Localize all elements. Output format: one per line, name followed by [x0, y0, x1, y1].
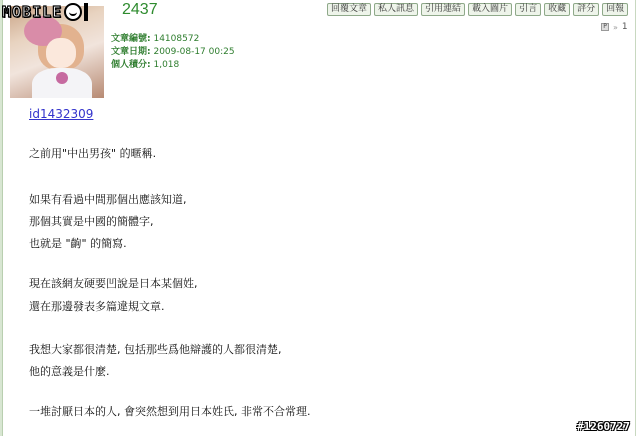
user-points: 1,018 [153, 60, 179, 70]
article-number-row: 文章編號: 14108572 [111, 33, 235, 46]
article-number: 14108572 [153, 34, 199, 44]
quote-button[interactable]: 引言 [515, 3, 541, 16]
article-date: 2009-08-17 00:25 [153, 47, 234, 57]
load-images-button[interactable]: 載入圖片 [468, 3, 512, 16]
post-floor-number[interactable]: 1 [622, 22, 628, 32]
private-message-button[interactable]: 私人訊息 [374, 3, 418, 16]
right-frame-border [635, 0, 640, 436]
reply-button[interactable]: 回覆文章 [327, 3, 371, 16]
body-line: 還在那邊發表多篇違規文章. [29, 296, 165, 318]
rate-button[interactable]: 評分 [573, 3, 599, 16]
body-line: 一堆討厭日本的人, 會突然想到用日本姓氏, 非常不合常理. [29, 401, 310, 423]
left-frame-border [0, 0, 3, 436]
post-meta: 文章編號: 14108572 文章日期: 2009-08-17 00:25 個人… [111, 33, 235, 72]
author-link[interactable]: id1432309 [29, 107, 93, 125]
post-title-fragment: 2437 [122, 1, 158, 19]
post-toolbar: 回覆文章 私人訊息 引用連結 載入圖片 引言 收藏 評分 回報 [327, 3, 628, 16]
logo-bar-icon [84, 3, 88, 21]
chevron-right-icon: » [613, 23, 618, 32]
body-line: 如果有看過中間那個出應該知道, [29, 189, 187, 211]
image-watermark: #1260727 [577, 420, 630, 433]
bookmark-button[interactable]: 收藏 [544, 3, 570, 16]
logo-face-icon [64, 3, 82, 21]
post-pager: P » 1 [601, 22, 628, 32]
report-button[interactable]: 回報 [602, 3, 628, 16]
body-line: 他的意義是什麼. [29, 361, 110, 383]
page-icon[interactable]: P [601, 23, 609, 31]
body-line: 之前用"中出男孩" 的暱稱. [29, 143, 156, 165]
body-line: 也就是 "齣" 的簡寫. [29, 233, 127, 255]
body-line: 現在該網友硬要凹說是日本某個姓, [29, 273, 198, 295]
article-date-row: 文章日期: 2009-08-17 00:25 [111, 46, 235, 59]
body-line: 那個其實是中國的簡體字, [29, 211, 154, 233]
mobile01-logo: MOBILE [2, 3, 88, 21]
body-line: 我想大家都很清楚, 包括那些爲他辯護的人都很清楚, [29, 339, 282, 361]
quote-link-button[interactable]: 引用連結 [421, 3, 465, 16]
user-points-row: 個人積分: 1,018 [111, 59, 235, 72]
post-content: id1432309 之前用"中出男孩" 的暱稱. 如果有看過中間那個出應該知道,… [29, 107, 93, 125]
logo-text: MOBILE [2, 3, 62, 21]
